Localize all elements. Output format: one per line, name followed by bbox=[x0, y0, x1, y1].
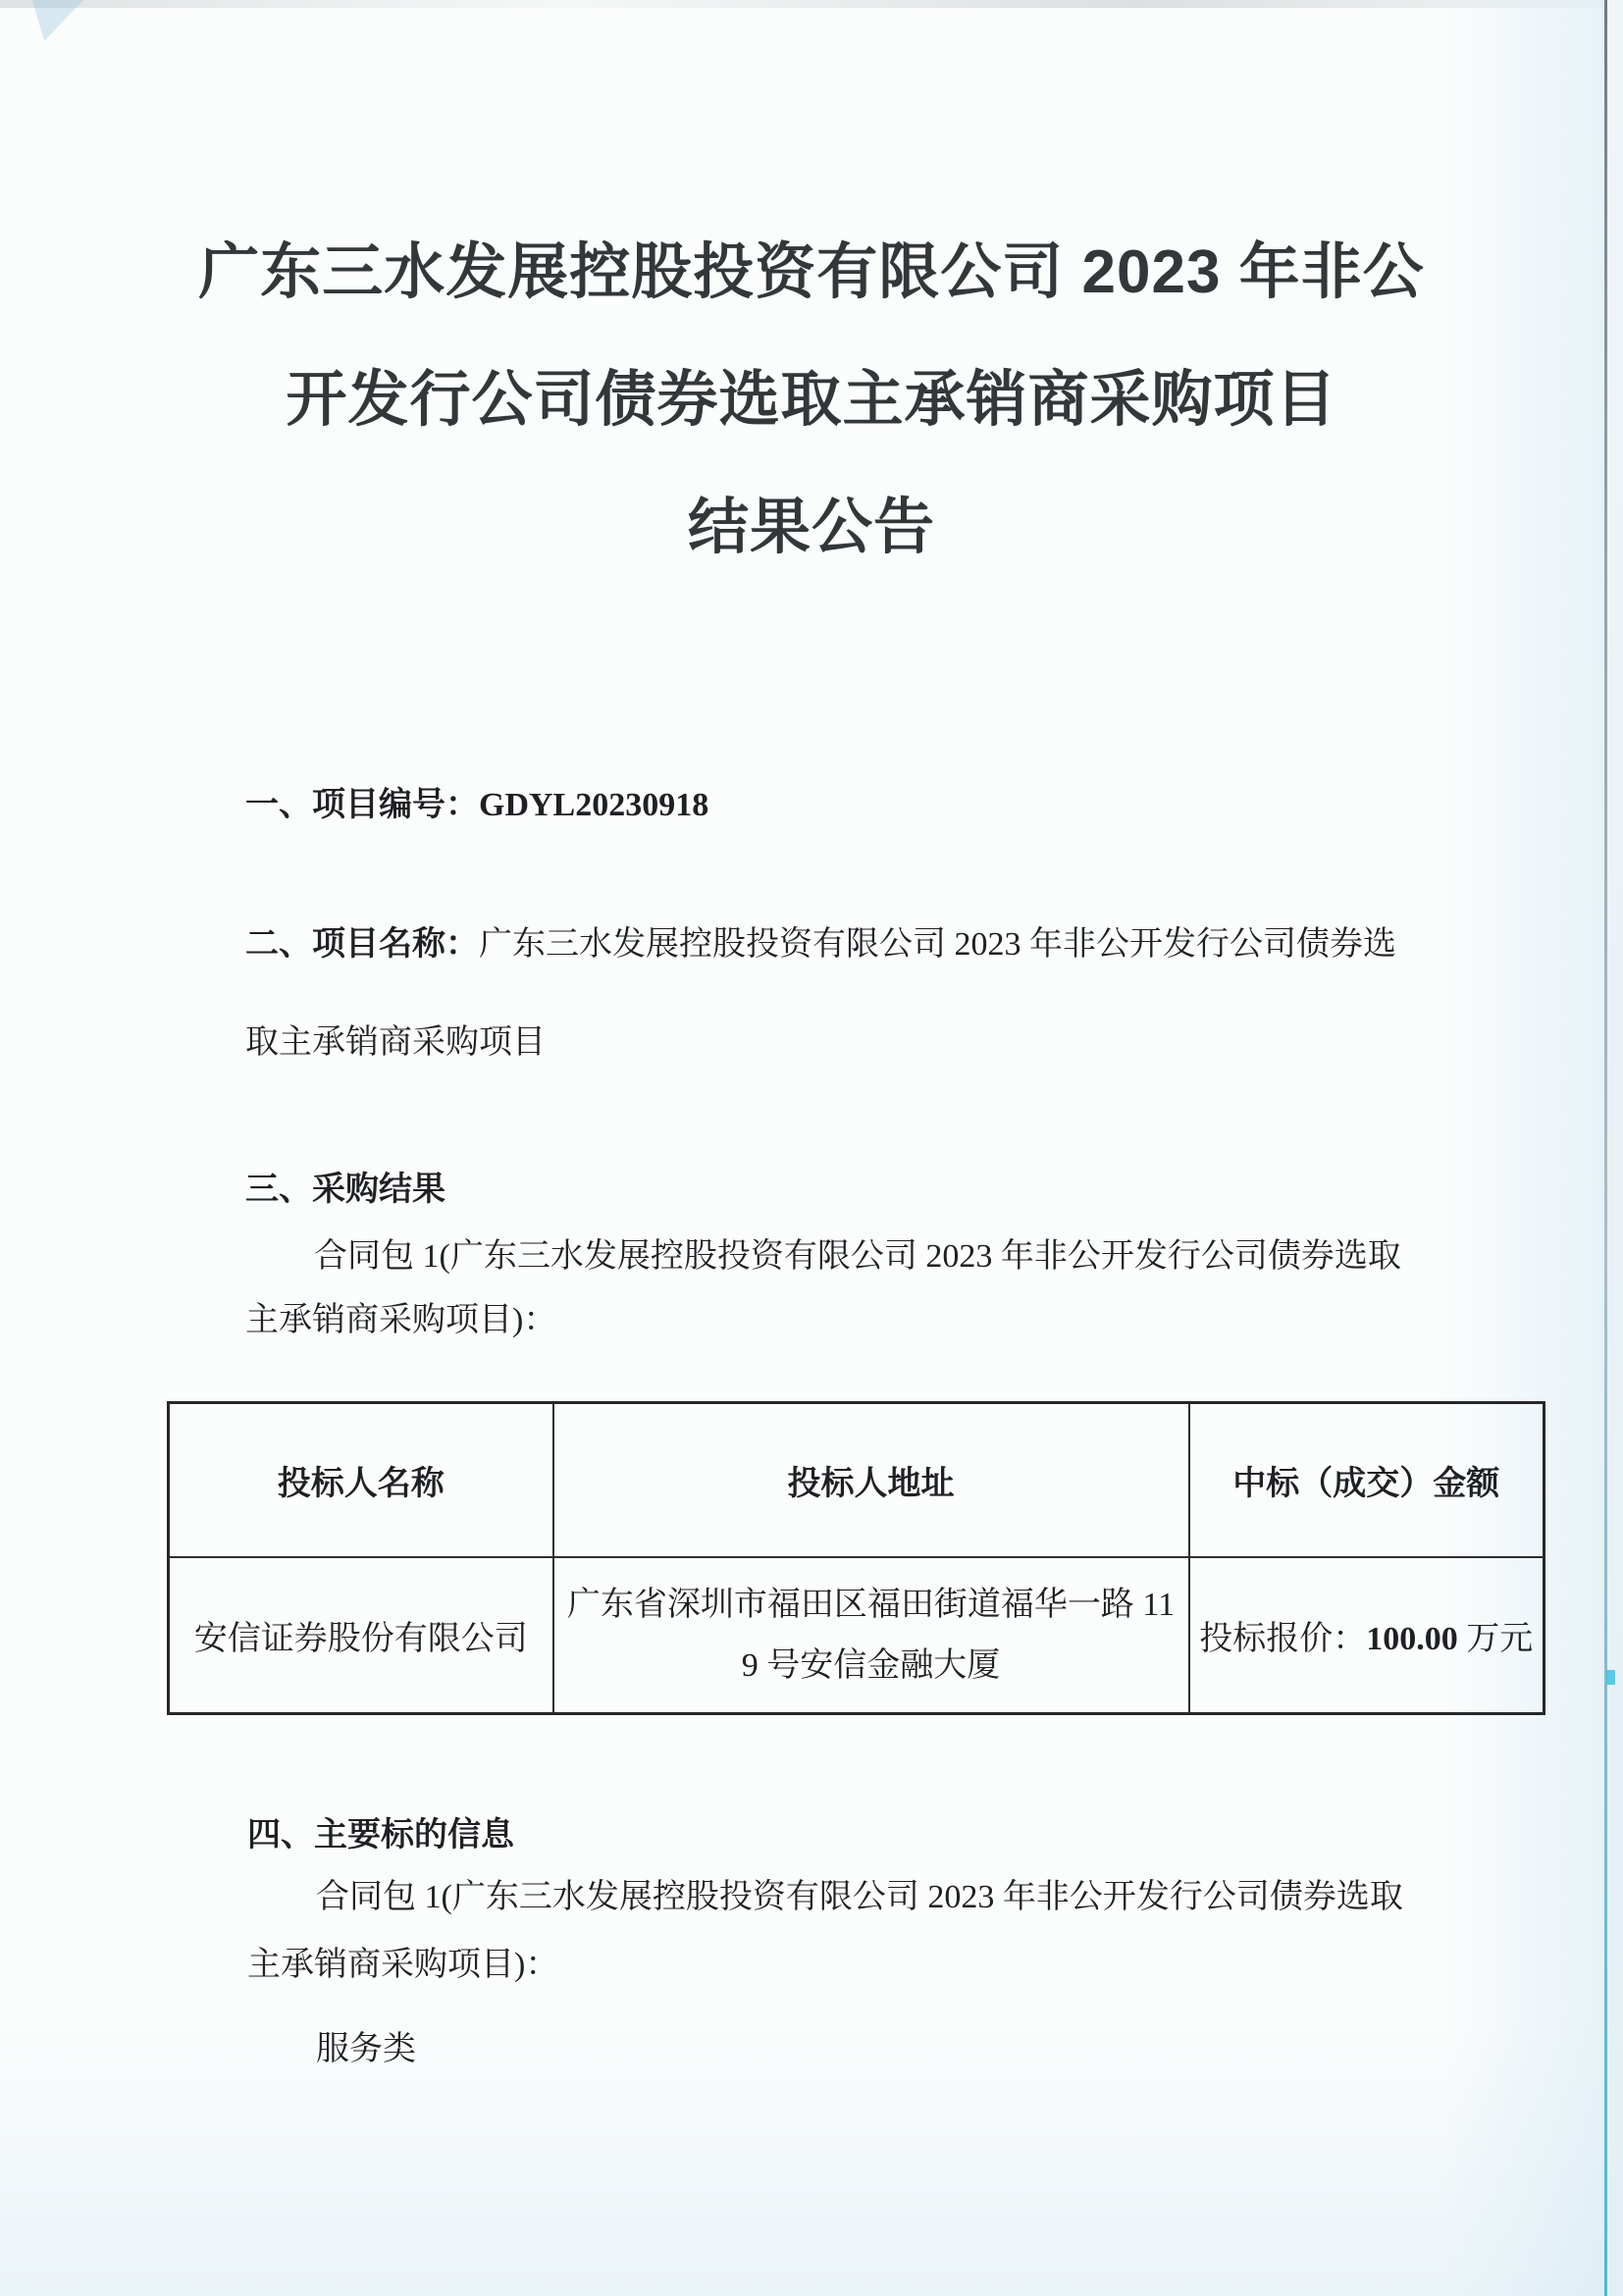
project-name-part1: 广东三水发展控股投资有限公司 2023 年非公开发行公司债券选 bbox=[479, 926, 1396, 963]
section4-heading: 四、主要标的信息 bbox=[247, 1816, 514, 1855]
section2-label: 二、项目名称： bbox=[245, 926, 479, 963]
section3-heading: 三、采购结果 bbox=[245, 1171, 445, 1210]
section1-label: 一、项目编号： bbox=[245, 787, 479, 823]
table-header-award-amount: 中标（成交）金额 bbox=[1189, 1403, 1544, 1558]
title-line-2: 开发行公司债券选取主承销商采购项目 bbox=[0, 337, 1623, 464]
cell-award-amount: 投标报价：100.00 万元 bbox=[1189, 1557, 1544, 1714]
section4-para-line1: 合同包 1(广东三水发展控股投资有限公司 2023 年非公开发行公司债券选取 bbox=[316, 1878, 1403, 1917]
section4-para-line2: 主承销商采购项目)： bbox=[247, 1946, 558, 1985]
project-number: GDYL20230918 bbox=[479, 787, 708, 823]
section2-line2: 取主承销商采购项目 bbox=[245, 1023, 546, 1063]
scan-top-smudge bbox=[0, 0, 1623, 8]
scanned-document-page: 广东三水发展控股投资有限公司 2023 年非公 开发行公司债券选取主承销商采购项… bbox=[0, 0, 1623, 2296]
section2-line1: 二、项目名称：广东三水发展控股投资有限公司 2023 年非公开发行公司债券选 bbox=[245, 925, 1396, 965]
table-header-bidder-name: 投标人名称 bbox=[169, 1403, 553, 1558]
table-header-bidder-address: 投标人地址 bbox=[553, 1403, 1189, 1558]
amount-value: 100.00 bbox=[1366, 1621, 1458, 1657]
subject-category: 服务类 bbox=[316, 2030, 416, 2069]
address-line-2: 9 号安信金融大厦 bbox=[554, 1636, 1188, 1696]
title-line-3: 结果公告 bbox=[0, 464, 1623, 592]
scan-bottom-tint bbox=[0, 2021, 1623, 2296]
project-name-part2: 取主承销商采购项目 bbox=[245, 1024, 546, 1061]
amount-prefix: 投标报价： bbox=[1199, 1621, 1366, 1657]
section3-para-line1: 合同包 1(广东三水发展控股投资有限公司 2023 年非公开发行公司债券选取 bbox=[314, 1237, 1401, 1277]
table-header-row: 投标人名称 投标人地址 中标（成交）金额 bbox=[169, 1403, 1544, 1558]
section1-line: 一、项目编号：GDYL20230918 bbox=[245, 786, 708, 825]
cell-bidder-address: 广东省深圳市福田区福田街道福华一路 11 9 号安信金融大厦 bbox=[553, 1557, 1189, 1714]
scan-cyan-tick bbox=[1606, 1670, 1615, 1685]
table-row: 安信证券股份有限公司 广东省深圳市福田区福田街道福华一路 11 9 号安信金融大… bbox=[169, 1557, 1544, 1714]
cell-bidder-name: 安信证券股份有限公司 bbox=[169, 1557, 553, 1714]
document-title: 广东三水发展控股投资有限公司 2023 年非公 开发行公司债券选取主承销商采购项… bbox=[0, 209, 1623, 592]
title-line-1: 广东三水发展控股投资有限公司 2023 年非公 bbox=[0, 209, 1623, 337]
procurement-result-table: 投标人名称 投标人地址 中标（成交）金额 安信证券股份有限公司 广东省深圳市福田… bbox=[167, 1401, 1545, 1715]
section3-para-line2: 主承销商采购项目)： bbox=[245, 1301, 556, 1340]
amount-unit: 万元 bbox=[1458, 1621, 1534, 1657]
address-line-1: 广东省深圳市福田区福田街道福华一路 11 bbox=[554, 1575, 1188, 1636]
